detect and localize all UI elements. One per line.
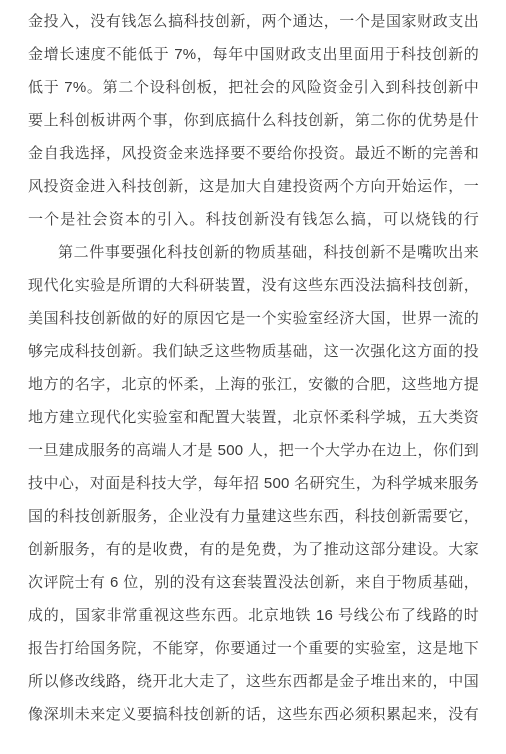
text-line: 现代化实验是所谓的大科研装置，没有这些东西没法搞科技创新，这些东西科技是物质基础… [28, 269, 479, 302]
text-line: 金投入，没有钱怎么搞科技创新，两个通达，一个是国家财政支出里面每年用科技创新的资 [28, 5, 479, 38]
text-line: 要上科创板讲两个事，你到底搞什么科技创新，第二你的优势是什么，就可以了，让风投资 [28, 104, 479, 137]
text-line: 第二件事要强化科技创新的物质基础，科技创新不是嘴吹出来的，是物质基础支撑的， [28, 236, 479, 269]
text-line: 成的，国家非常重视这些东西。北京地铁 16 号线公布了线路的时候要穿过北大，北大… [28, 599, 479, 632]
text-line: 所以修改线路，绕开北大走了，这些东西都是金子堆出来的，中国目前对这些东西极其关注… [28, 665, 479, 698]
text-line: 低于 7%。第二个设科创板，把社会的风险资金引入到科技创新中来，科创板企业不要利… [28, 71, 479, 104]
text-line: 技中心，对面是科技大学，每年招 500 名研究生，为科学城来服务的，一旦起来之后… [28, 467, 479, 500]
text-line: 国的科技创新服务，企业没有力量建这些东西，科技创新需要它，国家建成之后为企业科技 [28, 500, 479, 533]
text-line: 一旦建成服务的高端人才是 500 人，把一个大学办在边上，你们到北京怀柔一边是怀… [28, 434, 479, 467]
document-page: 金投入，没有钱怎么搞科技创新，两个通达，一个是国家财政支出里面每年用科技创新的资… [0, 0, 506, 754]
text-line: 够完成科技创新。我们缺乏这些物质基础，这一次强化这方面的投资。十四五规划提了很多 [28, 335, 479, 368]
text-line: 地方建立现代化实验室和配置大装置，北京怀柔科学城，五大类资源学科大装置都在那里， [28, 401, 479, 434]
text-line: 次评院士有 6 位，别的没有这套装置没法创新，来自于物质基础，没有现代化实验室是… [28, 566, 479, 599]
text-line: 像深圳未来定义要搞科技创新的话，这些东西必须积累起来，没有现代化的实验室，没有大 [28, 698, 479, 731]
text-line: 报告打给国务院，不能穿，你要通过一个重要的实验室，这是地下三千米都不能来的振动， [28, 632, 479, 665]
text-line: 美国科技创新做的好的原因它是一个实验室经济大国，世界一流的实验室在美国，所以它能 [28, 302, 479, 335]
text-line: 地方的名字，北京的怀柔，上海的张江，安徽的合肥，这些地方提出的原因是我们要在这些 [28, 368, 479, 401]
text-line: 金自我选择，风投资金来选择要不要给你投资。最近不断的完善和科创板的建设，让社会的 [28, 137, 479, 170]
text-line: 风投资金进入科技创新，这是加大自建投资两个方向开始运作，一个国家财政资金的投入， [28, 170, 479, 203]
text-line: 金增长速度不能低于 7%，每年中国财政支出里面用于科技创新的方面的支出增长速度不… [28, 38, 479, 71]
text-line: 创新服务，有的是收费，有的是免费，为了推动这部分建设。大家在清华读书，清华大学这 [28, 533, 479, 566]
text-line: 一个是社会资本的引入。科技创新没有钱怎么搞，可以烧钱的行为。 [28, 203, 479, 236]
document-body: 金投入，没有钱怎么搞科技创新，两个通达，一个是国家财政支出里面每年用科技创新的资… [28, 5, 479, 731]
